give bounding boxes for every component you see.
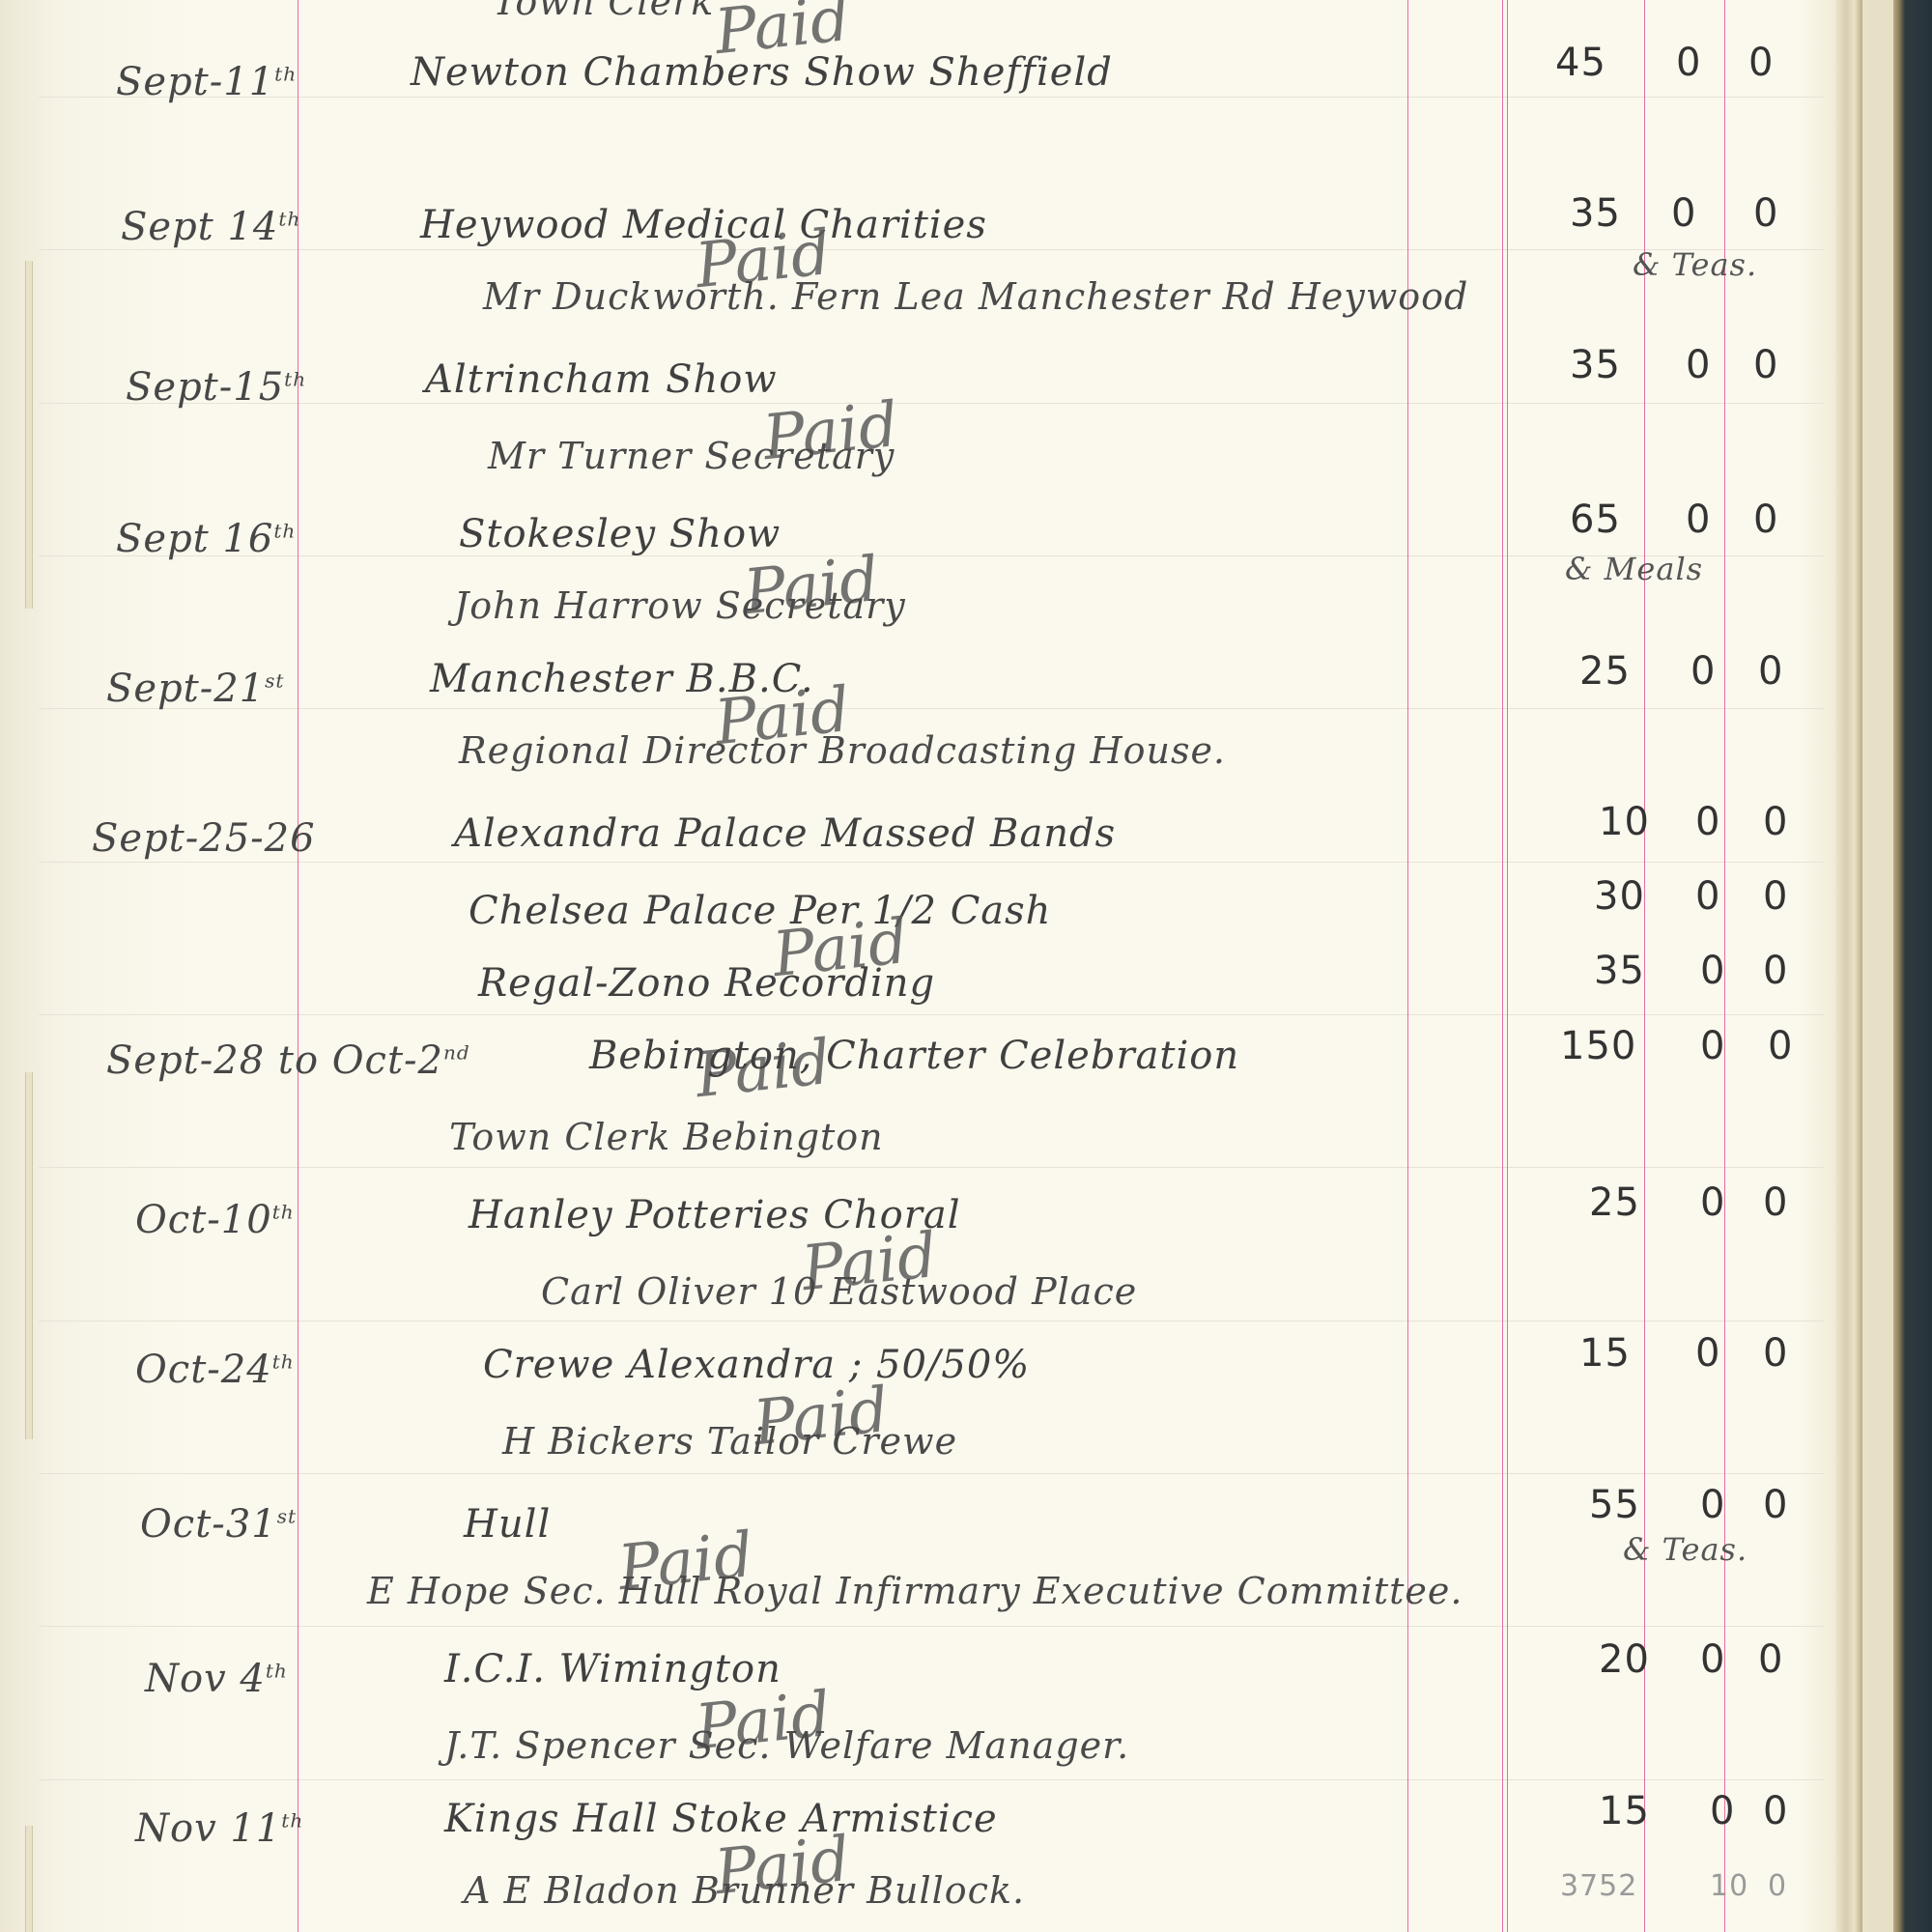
entry-pounds: 65 — [1570, 497, 1621, 542]
ruled-line — [39, 97, 1824, 98]
entry-pence: 0 — [1753, 191, 1778, 236]
entry-contact: Regional Director Broadcasting House. — [459, 729, 1226, 772]
entry-shillings: 0 — [1700, 1024, 1725, 1068]
entry-date: Oct-31st — [140, 1502, 297, 1547]
ledger-page: Town Clerk Sept-11th Newton Chambers Sho… — [0, 0, 1901, 1932]
entry-description: Chelsea Palace Per 1/2 Cash — [469, 889, 1051, 933]
entry-contact: Town Clerk Bebington — [449, 1116, 884, 1158]
entry-pence: 0 — [1763, 800, 1788, 844]
entry-pounds: 55 — [1589, 1483, 1640, 1527]
entry-pounds: 20 — [1599, 1637, 1650, 1682]
entry-contact: H Bickers Tailor Crewe — [502, 1420, 957, 1463]
entry-contact: J.T. Spencer Sec. Welfare Manager. — [444, 1724, 1129, 1767]
entry-pence: 0 — [1758, 649, 1783, 694]
entry-contact: Carl Oliver 10 Eastwood Place — [541, 1270, 1137, 1313]
entry-date: Nov 11th — [135, 1806, 303, 1851]
entry-pence: 0 — [1763, 1789, 1788, 1833]
entry-shillings: 0 — [1700, 1637, 1725, 1682]
ruled-line — [39, 1321, 1824, 1321]
entry-description: Altrincham Show — [425, 357, 778, 402]
entry-contact: A E Bladon Brunner Bullock. — [464, 1869, 1025, 1912]
entry-pounds: 15 — [1579, 1331, 1631, 1376]
entry-shillings: 0 — [1700, 1180, 1725, 1225]
entry-note: & Teas. — [1633, 246, 1757, 283]
entry-date: Sept-11th — [116, 60, 297, 104]
entry-contact: Mr Turner Secretary — [488, 435, 895, 477]
date-column-rule — [298, 0, 298, 1932]
entry-contact: E Hope Sec. Hull Royal Infirmary Executi… — [367, 1570, 1463, 1612]
entry-date: Sept-21st — [106, 667, 284, 711]
entry-date: Sept 16th — [116, 517, 296, 561]
entry-shillings: 0 — [1686, 497, 1711, 542]
ruled-line — [39, 555, 1824, 556]
entry-shillings: 0 — [1686, 343, 1711, 387]
entry-contact: John Harrow Secretary — [454, 584, 906, 627]
entry-contact: Mr Duckworth. Fern Lea Manchester Rd Hey… — [483, 275, 1468, 318]
entry-description: Crewe Alexandra ; 50/50% — [483, 1343, 1030, 1387]
entry-shillings: 0 — [1700, 949, 1725, 993]
ruled-line — [39, 708, 1824, 709]
entry-shillings: 0 — [1695, 800, 1720, 844]
entry-pounds: 25 — [1589, 1180, 1640, 1225]
ruled-line — [39, 1014, 1824, 1015]
entry-pence: 0 — [1763, 874, 1788, 919]
entry-pounds: 45 — [1555, 41, 1606, 85]
ruled-line — [39, 403, 1824, 404]
entry-description: Hull — [464, 1502, 551, 1547]
entry-pounds: 35 — [1570, 343, 1621, 387]
entry-description: Kings Hall Stoke Armistice — [444, 1797, 998, 1841]
pounds-column-rule-b — [1507, 0, 1508, 1932]
pencil-total-shillings: 10 — [1710, 1869, 1748, 1903]
entry-note: & Teas. — [1623, 1531, 1747, 1568]
binding-stitch — [25, 261, 33, 609]
ruled-line — [39, 1626, 1824, 1627]
entry-pence: 0 — [1763, 1483, 1788, 1527]
entry-date: Oct-10th — [135, 1198, 295, 1242]
entry-pence: 0 — [1748, 41, 1774, 85]
entry-shillings: 0 — [1690, 649, 1716, 694]
entry-shillings: 0 — [1710, 1789, 1735, 1833]
entry-pounds: 15 — [1599, 1789, 1650, 1833]
entry-pence: 0 — [1753, 497, 1778, 542]
entry-date: Sept-15th — [126, 365, 306, 410]
pounds-column-rule-a — [1502, 0, 1503, 1932]
entry-pounds: 25 — [1579, 649, 1631, 694]
entry-pounds: 10 — [1599, 800, 1650, 844]
entry-date: Sept-25-26 — [92, 816, 316, 861]
entry-description: Alexandra Palace Massed Bands — [454, 811, 1116, 856]
entry-pounds: 35 — [1594, 949, 1645, 993]
entry-date: Oct-24th — [135, 1348, 295, 1392]
ruled-line — [39, 862, 1824, 863]
entry-pence: 0 — [1753, 343, 1778, 387]
entry-description: Bebington, Charter Celebration — [589, 1034, 1239, 1078]
entry-pounds: 150 — [1560, 1024, 1636, 1068]
entry-shillings: 0 — [1700, 1483, 1725, 1527]
entry-date: Nov 4th — [145, 1657, 288, 1701]
page-edge — [1835, 0, 1862, 1932]
entry-pounds: 35 — [1570, 191, 1621, 236]
entry-pence: 0 — [1763, 1331, 1788, 1376]
paid-mark: Paid — [770, 906, 912, 991]
entry-shillings: 0 — [1671, 191, 1696, 236]
ruled-line — [39, 1167, 1824, 1168]
book-cover-binding — [1893, 0, 1932, 1932]
pencil-total-pounds: 3752 — [1560, 1869, 1637, 1903]
entry-description: I.C.I. Wimington — [444, 1647, 781, 1691]
entry-pence: 0 — [1763, 1180, 1788, 1225]
ruled-line — [39, 249, 1824, 250]
binding-stitch — [25, 1072, 33, 1439]
entry-pence: 0 — [1768, 1024, 1793, 1068]
entry-description: Stokesley Show — [459, 512, 781, 556]
entry-shillings: 0 — [1676, 41, 1701, 85]
ruled-line — [39, 1473, 1824, 1474]
entry-date: Sept 14th — [121, 205, 300, 249]
entry-shillings: 0 — [1695, 874, 1720, 919]
carry-over-text: Town Clerk — [493, 0, 714, 23]
entry-pence: 0 — [1758, 1637, 1783, 1682]
entry-pounds: 30 — [1594, 874, 1645, 919]
pencil-total-pence: 0 — [1768, 1869, 1787, 1903]
ruled-line — [39, 1779, 1824, 1780]
binding-stitch — [25, 1826, 33, 1932]
entry-shillings: 0 — [1695, 1331, 1720, 1376]
entry-pence: 0 — [1763, 949, 1788, 993]
entry-note: & Meals — [1565, 551, 1703, 587]
entry-date: Sept-28 to Oct-2nd — [106, 1038, 470, 1083]
